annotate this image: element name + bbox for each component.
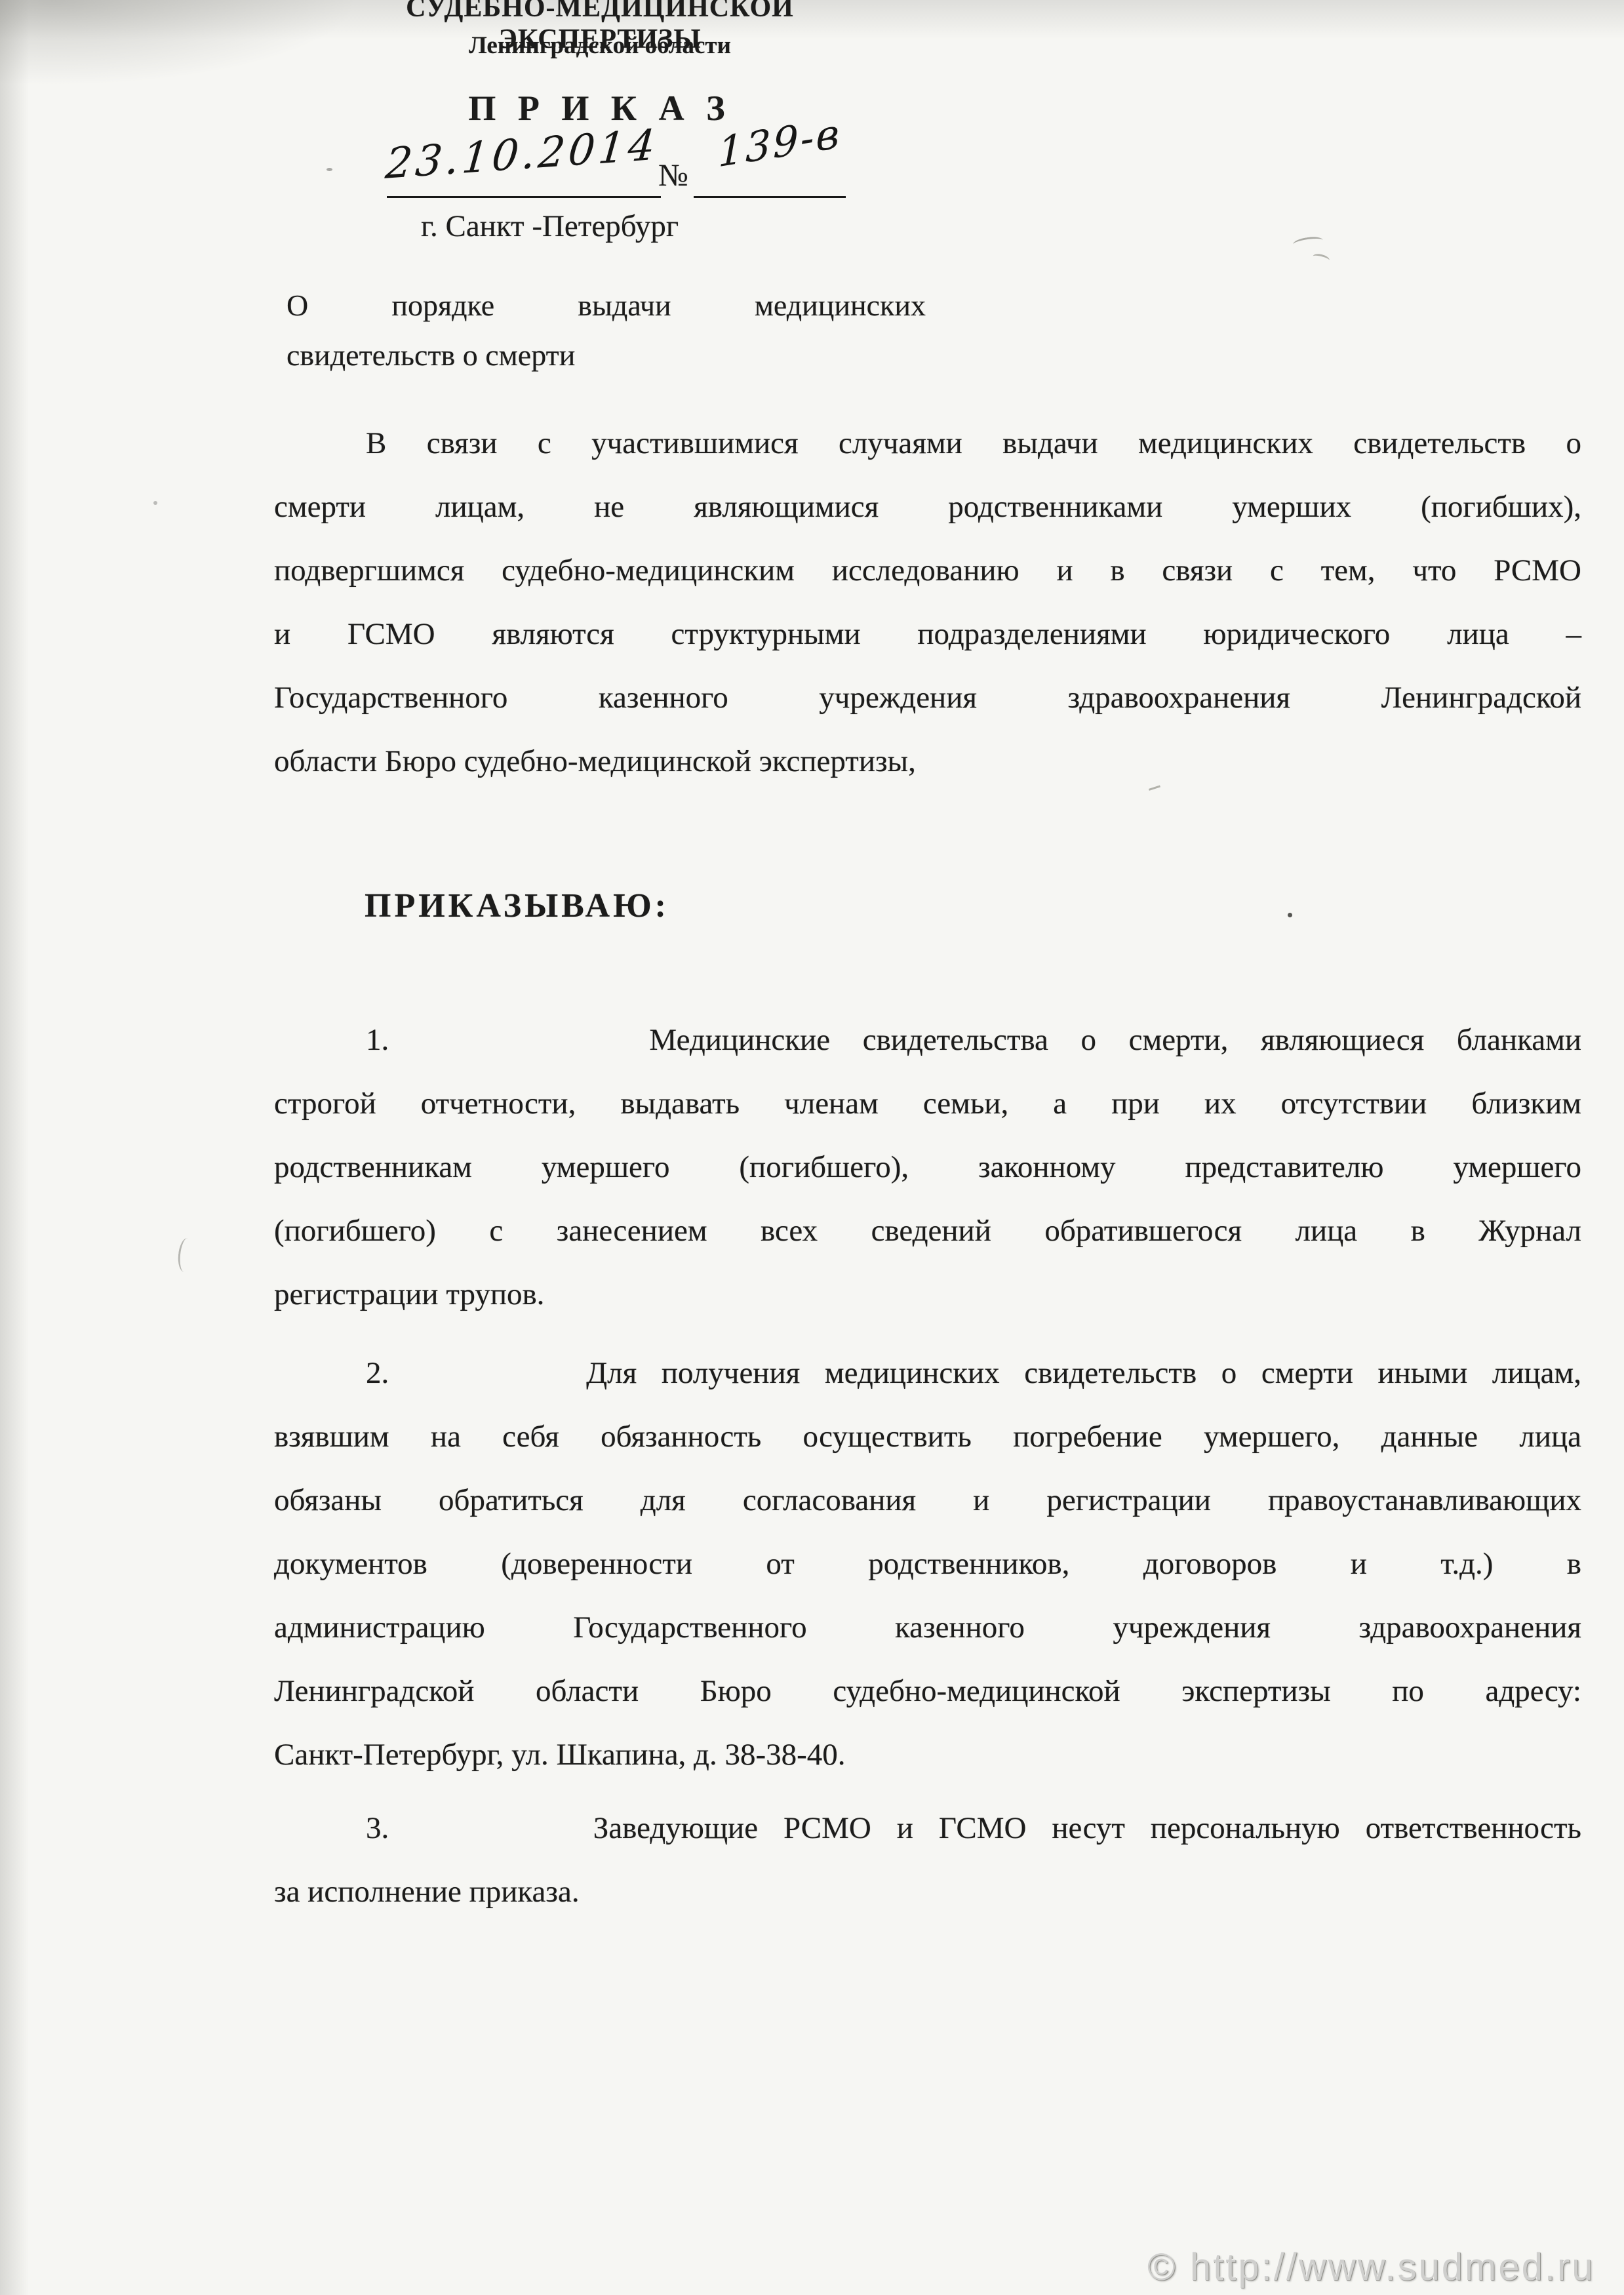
preamble-paragraph: В связи с участившимися случаями выдачи … (274, 412, 1581, 793)
text-line: администрацию Государственного казенного… (274, 1596, 1581, 1660)
text-line: и ГСМО являются структурными подразделен… (274, 603, 1581, 666)
order-item-1: 1. Медицинские свидетельства о смерти, я… (274, 1008, 1581, 1327)
scan-artifact-speck (327, 168, 332, 171)
text-line: документов (доверенности от родственнико… (274, 1532, 1581, 1596)
text-line: В связи с участившимися случаями выдачи … (274, 412, 1581, 475)
scan-artifact-dot (1288, 913, 1292, 917)
text-line: взявшим на себя обязанность осуществить … (274, 1405, 1581, 1469)
scan-shadow-left-edge (0, 0, 29, 2295)
text-line: Государственного казенного учреждения зд… (274, 666, 1581, 730)
order-item-3: 3. Заведующие РСМО и ГСМО несут персонал… (274, 1797, 1581, 1924)
text-line: свидетельств о смерти (287, 330, 926, 380)
letterhead-region-line: Ленинградской области (305, 31, 895, 60)
text-line: регистрации трупов. (274, 1263, 1581, 1327)
order-item-2: 2. Для получения медицинских свидетельст… (274, 1342, 1581, 1787)
text-line: подвергшимся судебно-медицинским исследо… (274, 539, 1581, 603)
scanned-order-document: СУДЕБНО-МЕДИЦИНСКОЙ ЭКСПЕРТИЗЫ Ленинград… (0, 0, 1624, 2295)
scan-artifact-stray-paren (176, 1237, 195, 1273)
text-line: строгой отчетности, выдавать членам семь… (274, 1072, 1581, 1136)
text-line: Санкт-Петербург, ул. Шкапина, д. 38-38-4… (274, 1723, 1581, 1787)
text-line: 1. Медицинские свидетельства о смерти, я… (274, 1008, 1581, 1072)
scan-artifact-pencil-mark (1312, 252, 1330, 264)
text-line: родственникам умершего (погибшего), зако… (274, 1136, 1581, 1199)
subject-paragraph: О порядке выдачи медицинскихсвидетельств… (287, 281, 926, 380)
text-line: области Бюро судебно-медицинской эксперт… (274, 730, 1581, 793)
date-underline (387, 196, 661, 198)
text-line: 3. Заведующие РСМО и ГСМО несут персонал… (274, 1797, 1581, 1860)
text-line: (погибшего) с занесением всех сведений о… (274, 1199, 1581, 1263)
text-line: обязаны обратиться для согласования и ре… (274, 1469, 1581, 1532)
number-underline (694, 196, 846, 198)
text-line: смерти лицам, не являющимися родственник… (274, 475, 1581, 539)
scan-artifact-speck (153, 501, 157, 505)
text-line: 2. Для получения медицинских свидетельст… (274, 1342, 1581, 1405)
text-line: Ленинградской области Бюро судебно-медиц… (274, 1660, 1581, 1723)
scan-artifact-pencil-mark (1292, 235, 1324, 249)
city-line: г. Санкт -Петербург (421, 209, 679, 244)
resolution-heading: ПРИКАЗЫВАЮ: (365, 887, 669, 925)
number-sign: № (658, 157, 688, 193)
site-watermark: © http://www.sudmed.ru (1147, 2245, 1595, 2289)
text-line: О порядке выдачи медицинских (287, 281, 926, 330)
text-line: за исполнение приказа. (274, 1860, 1581, 1924)
